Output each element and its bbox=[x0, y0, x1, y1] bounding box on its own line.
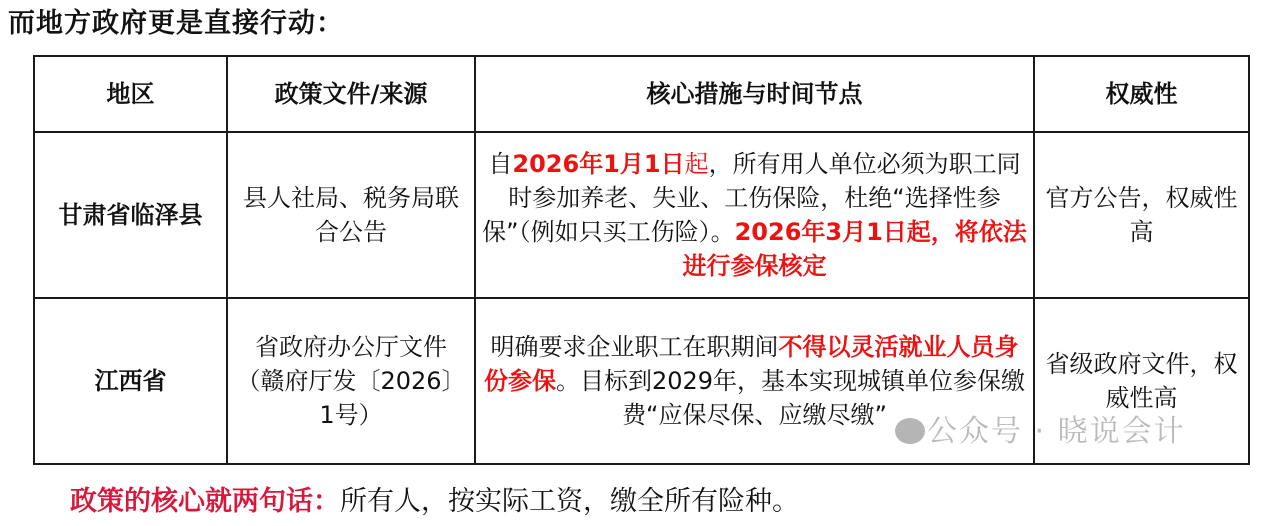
section-heading: 而地方政府更是直接行动： bbox=[8, 4, 344, 44]
table-row: 江西省 省政府办公厅文件（赣府厅发〔2026〕1号） 明确要求企业职工在职期间不… bbox=[34, 298, 1249, 464]
header-region: 地区 bbox=[34, 56, 227, 132]
summary-text: 所有人，按实际工资，缴全所有险种。 bbox=[340, 486, 799, 517]
region-cell: 甘肃省临泽县 bbox=[34, 132, 227, 298]
policy-table: 地区 政策文件/来源 核心措施与时间节点 权威性 甘肃省临泽县 县人社局、税务局… bbox=[33, 55, 1250, 465]
measures-cell: 自2026年1月1日起，所有用人单位必须为职工同时参加养老、失业、工伤保险，杜绝… bbox=[475, 132, 1034, 298]
header-authority: 权威性 bbox=[1034, 56, 1249, 132]
region-cell: 江西省 bbox=[34, 298, 227, 464]
highlight-date: 2026年1月1日 bbox=[512, 150, 684, 178]
source-cell: 省政府办公厅文件（赣府厅发〔2026〕1号） bbox=[227, 298, 475, 464]
header-measures: 核心措施与时间节点 bbox=[475, 56, 1034, 132]
measures-text: 。目标到2029年，基本实现城镇单位参保缴费“应保尽保、应缴尽缴” bbox=[556, 367, 1025, 429]
table-row: 甘肃省临泽县 县人社局、税务局联合公告 自2026年1月1日起，所有用人单位必须… bbox=[34, 132, 1249, 298]
authority-cell: 省级政府文件，权威性高 bbox=[1034, 298, 1249, 464]
measures-cell: 明确要求企业职工在职期间不得以灵活就业人员身份参保。目标到2029年，基本实现城… bbox=[475, 298, 1034, 464]
measures-text: 自 bbox=[488, 150, 512, 178]
measures-text: 明确要求企业职工在职期间 bbox=[491, 333, 779, 361]
table-header-row: 地区 政策文件/来源 核心措施与时间节点 权威性 bbox=[34, 56, 1249, 132]
highlight-text: 起 bbox=[685, 150, 709, 178]
summary-line: 政策的核心就两句话：所有人，按实际工资，缴全所有险种。 bbox=[70, 482, 799, 522]
header-source: 政策文件/来源 bbox=[227, 56, 475, 132]
source-cell: 县人社局、税务局联合公告 bbox=[227, 132, 475, 298]
authority-cell: 官方公告，权威性高 bbox=[1034, 132, 1249, 298]
highlight-text: 2026年3月1日起，将依法进行参保核定 bbox=[683, 218, 1027, 280]
summary-lead: 政策的核心就两句话： bbox=[70, 486, 340, 517]
